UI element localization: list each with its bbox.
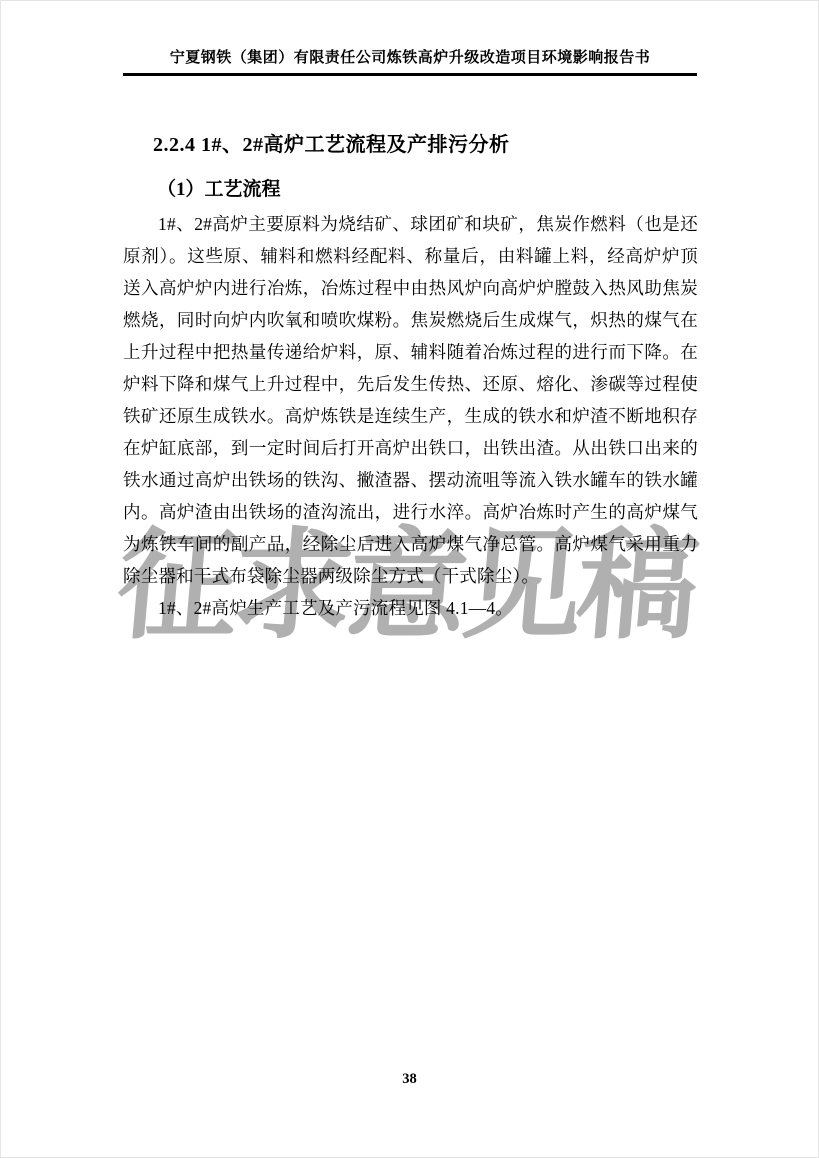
subsection-heading: （1）工艺流程 [123,177,698,203]
page-number: 38 [402,1071,417,1087]
document-body: 2.2.4 1#、2#高炉工艺流程及产排污分析 （1）工艺流程 1#、2#高炉主… [123,132,698,624]
section-heading: 2.2.4 1#、2#高炉工艺流程及产排污分析 [123,132,698,158]
body-paragraph-2: 1#、2#高炉生产工艺及产污流程见图 4.1—4。 [123,592,698,624]
page-footer: 38 [0,1070,819,1088]
header-title: 宁夏钢铁（集团）有限责任公司炼铁高炉升级改造项目环境影响报告书 [123,46,697,67]
body-paragraph-1: 1#、2#高炉主要原料为烧结矿、球团矿和块矿，焦炭作燃料（也是还原剂）。这些原、… [123,208,698,592]
document-page: 宁夏钢铁（集团）有限责任公司炼铁高炉升级改造项目环境影响报告书 征求意见稿 2.… [0,0,819,1158]
header-rule [123,73,697,76]
